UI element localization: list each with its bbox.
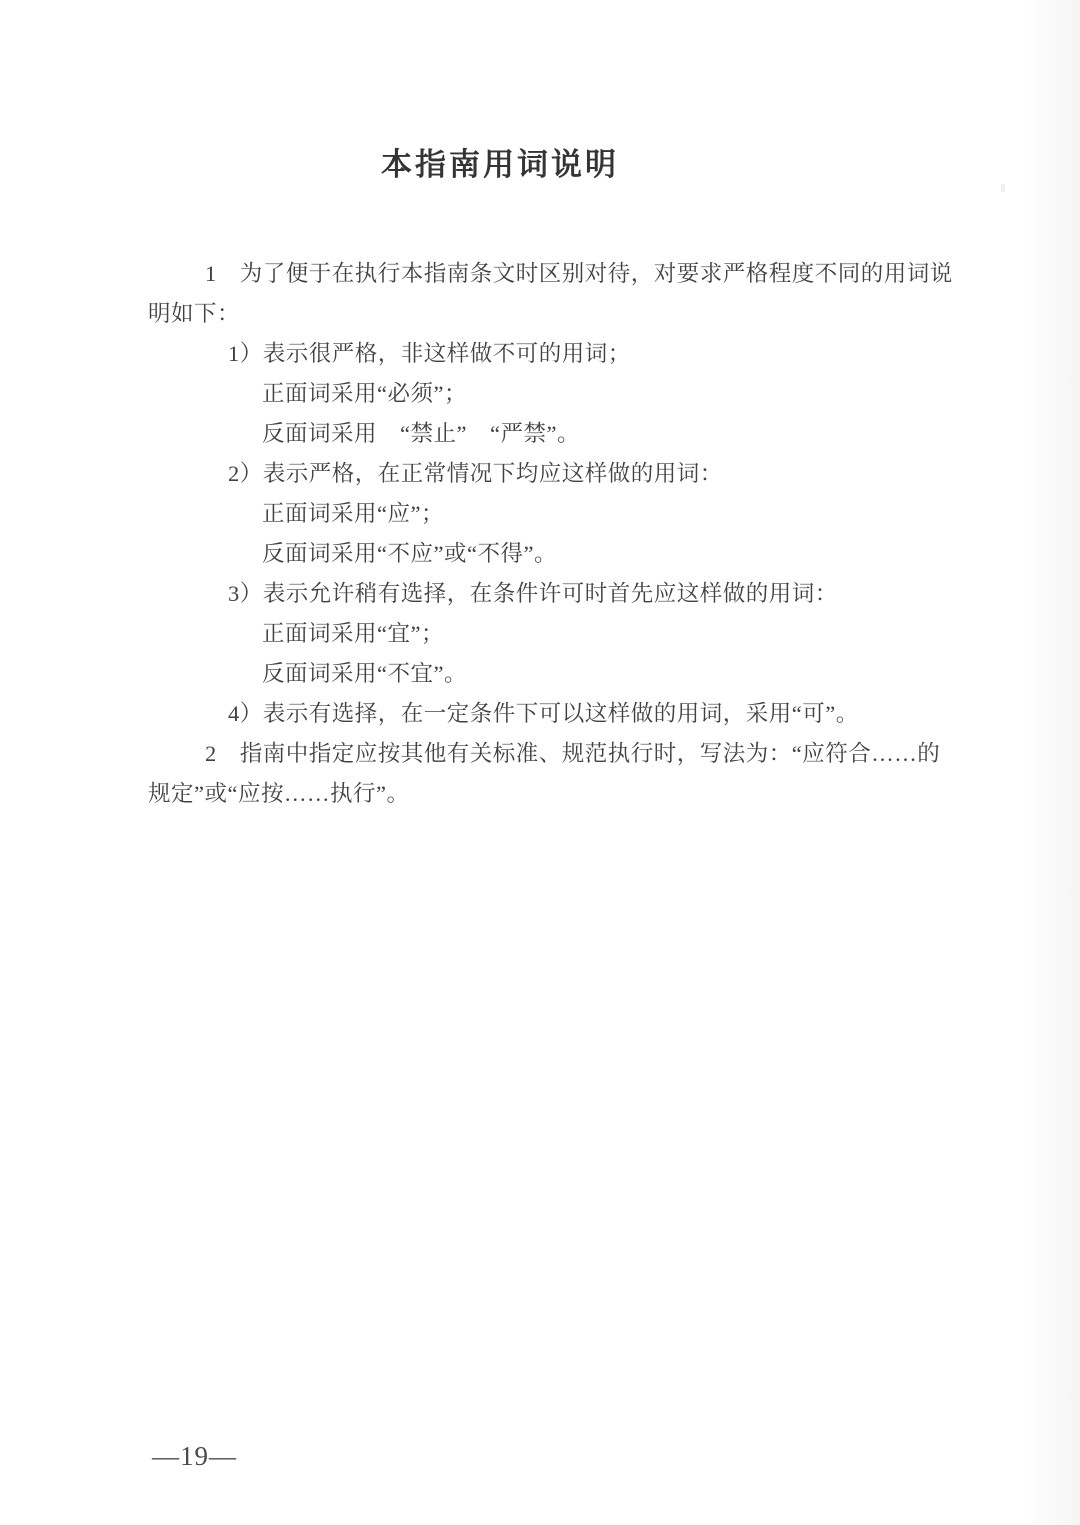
text-line: 1）表示很严格，非这样做不可的用词； xyxy=(148,334,938,374)
text-line: 1 为了便于在执行本指南条文时区别对待，对要求严格程度不同的用词说 xyxy=(148,254,938,294)
text-line: 3）表示允许稍有选择，在条件许可时首先应这样做的用词： xyxy=(148,574,938,614)
document-body: 1 为了便于在执行本指南条文时区别对待，对要求严格程度不同的用词说 明如下： 1… xyxy=(148,254,938,814)
text-line: 明如下： xyxy=(148,294,938,334)
text-line: 反面词采用 “禁止” “严禁”。 xyxy=(148,414,938,454)
text-line: 正面词采用“应”； xyxy=(148,494,938,534)
document-page: 本指南用词说明 1 为了便于在执行本指南条文时区别对待，对要求严格程度不同的用词… xyxy=(0,0,1080,1525)
text-line: 反面词采用“不宜”。 xyxy=(148,654,938,694)
page-title: 本指南用词说明 xyxy=(0,139,1000,184)
text-line: 2 指南中指定应按其他有关标准、规范执行时，写法为：“应符合……的 xyxy=(148,734,938,774)
text-line: 4）表示有选择，在一定条件下可以这样做的用词，采用“可”。 xyxy=(148,694,938,734)
page-number: —19— xyxy=(152,1441,237,1472)
text-line: 2）表示严格，在正常情况下均应这样做的用词： xyxy=(148,454,938,494)
text-line: 反面词采用“不应”或“不得”。 xyxy=(148,534,938,574)
text-line: 正面词采用“必须”； xyxy=(148,374,938,414)
text-line: 规定”或“应按……执行”。 xyxy=(148,774,938,814)
text-line: 正面词采用“宜”； xyxy=(148,614,938,654)
scan-artifact xyxy=(1001,184,1005,192)
